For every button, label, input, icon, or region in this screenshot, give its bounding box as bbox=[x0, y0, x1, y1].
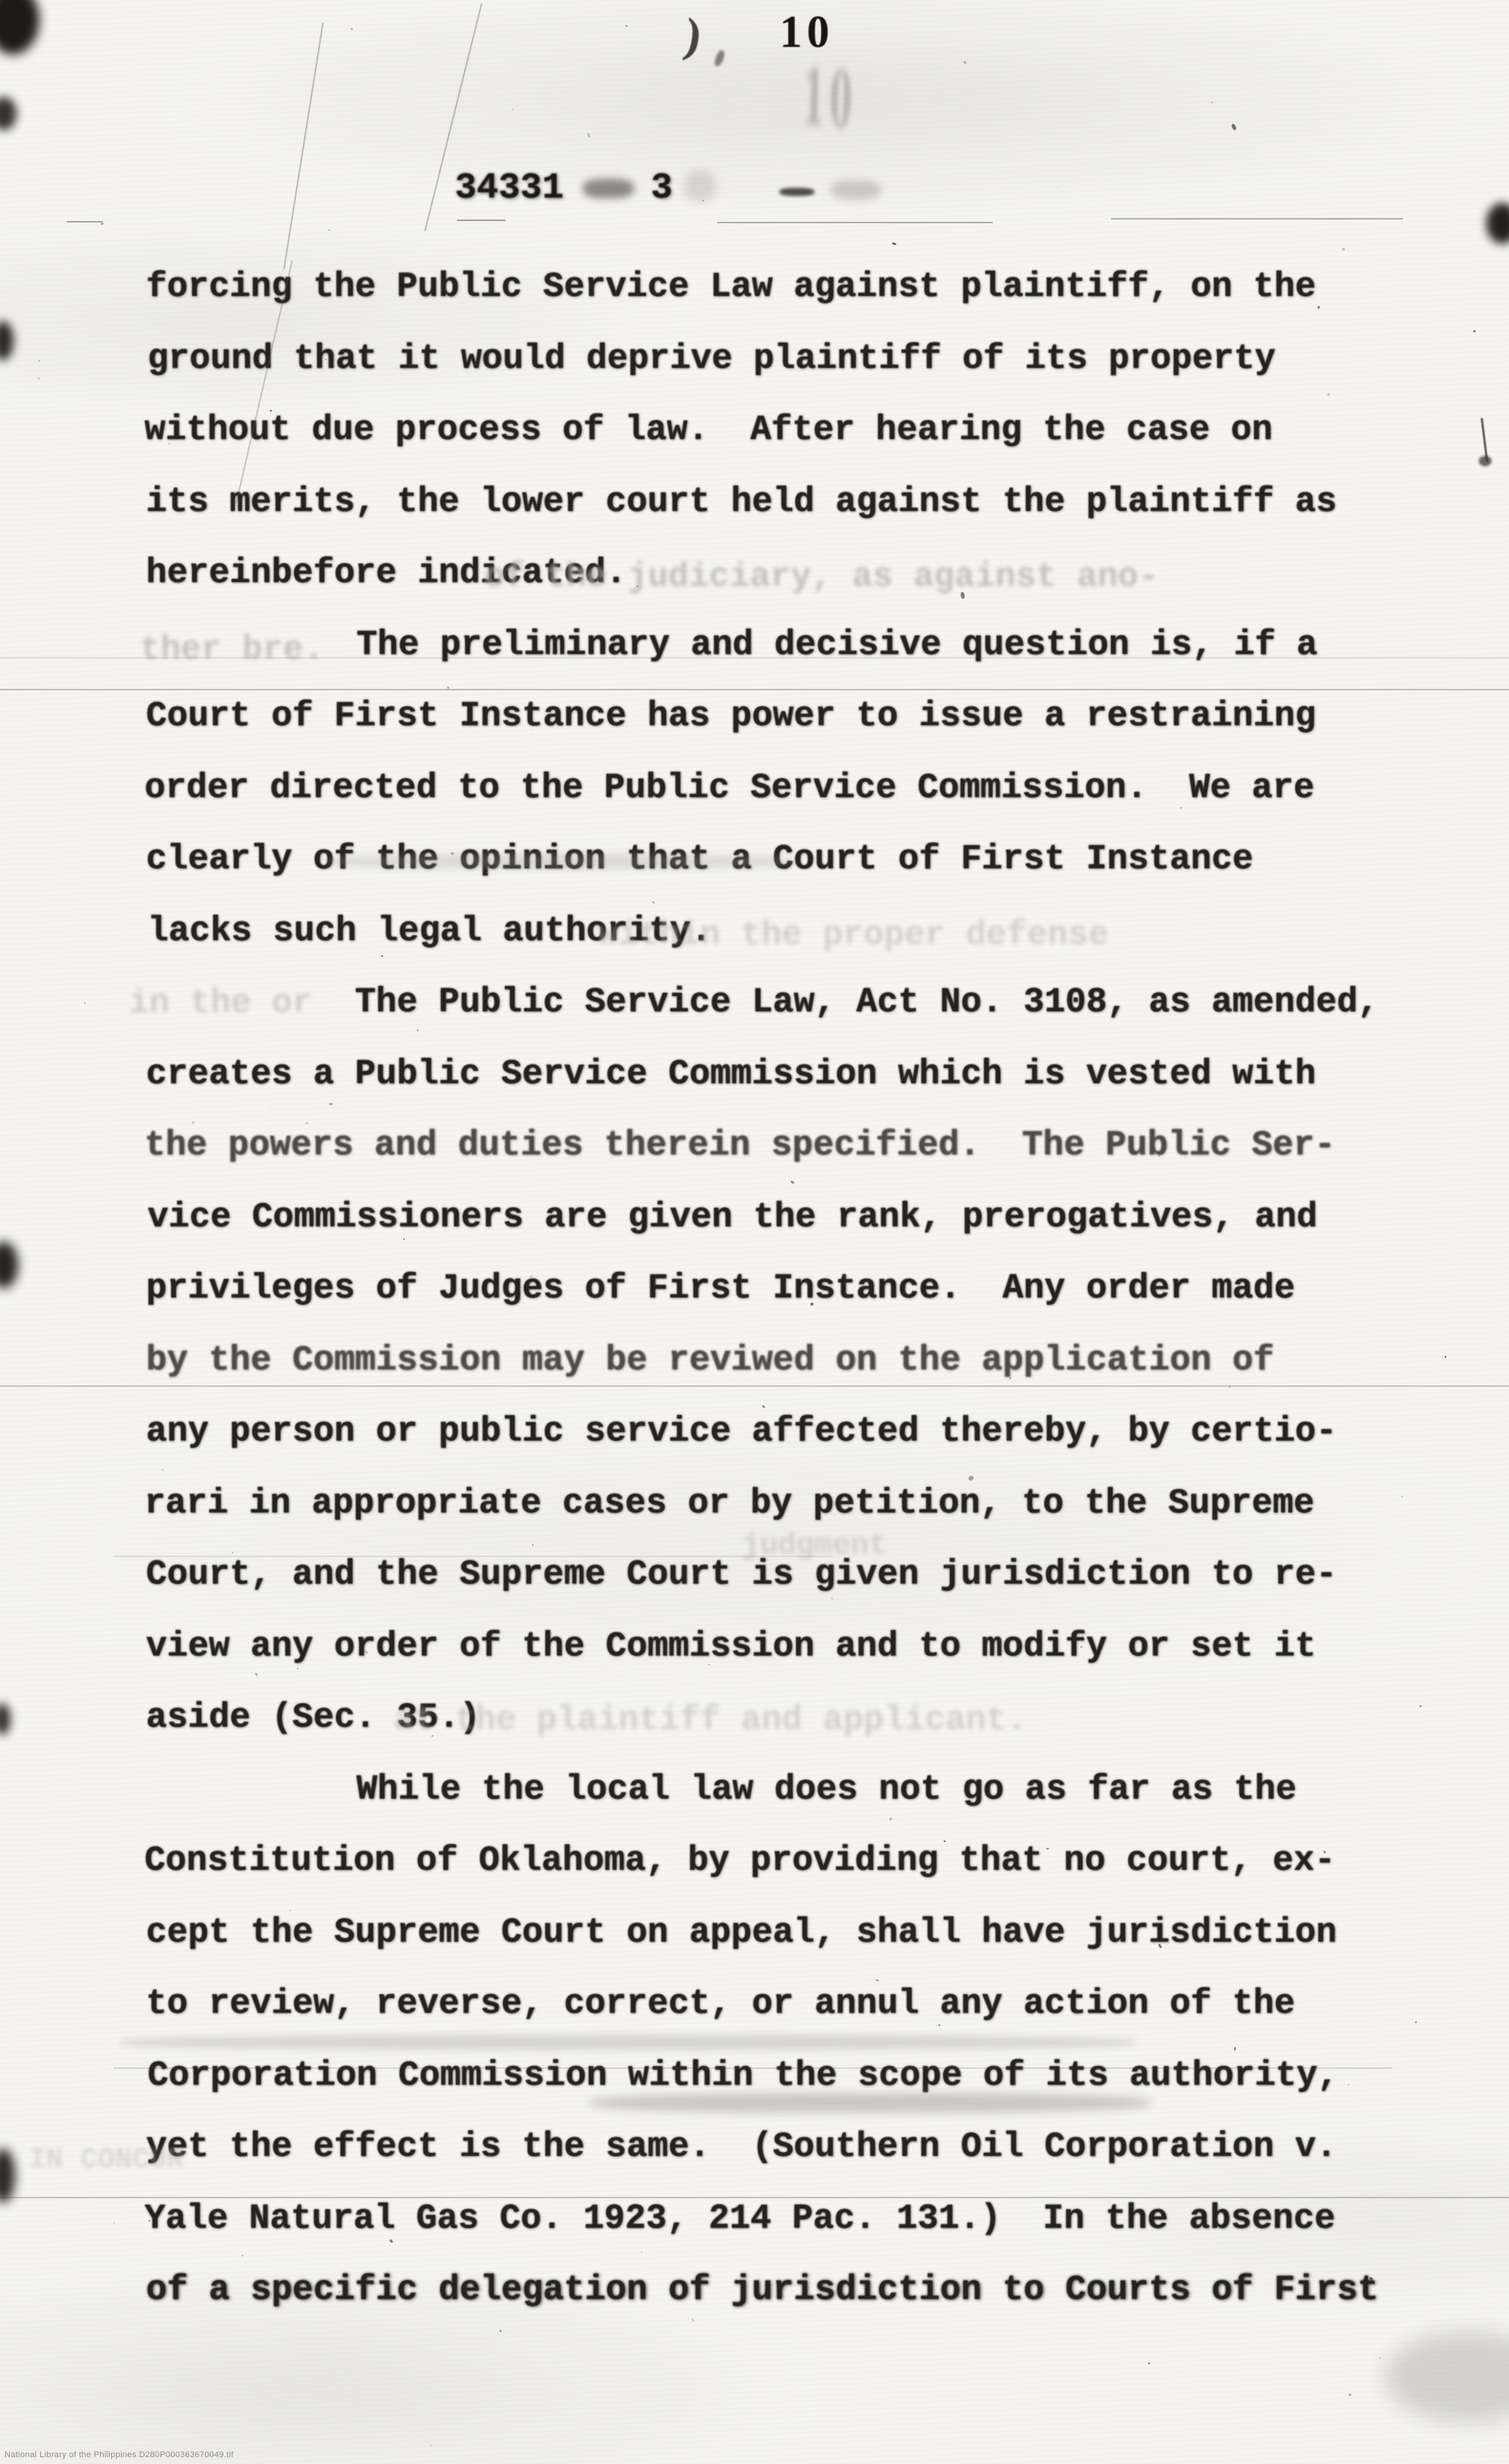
text-line: Court of First Instance has power to iss… bbox=[146, 681, 1478, 752]
speck bbox=[306, 1122, 309, 1124]
bleedthrough-smudge bbox=[121, 2035, 1135, 2050]
scan-line-artifact bbox=[0, 689, 1509, 690]
text-line: Constitution of Oklahoma, by providing t… bbox=[145, 1825, 1476, 1897]
bleedthrough-smudge bbox=[325, 854, 795, 869]
speck bbox=[1148, 2362, 1150, 2364]
bleedthrough-text: ther bre. bbox=[140, 631, 324, 669]
edge-stain bbox=[0, 0, 39, 55]
text-line: forcing the Public Service Law against p… bbox=[146, 251, 1478, 323]
speck bbox=[456, 1424, 459, 1427]
speck bbox=[891, 242, 897, 245]
bleedthrough-smudge bbox=[590, 2093, 1150, 2113]
handwritten-paren-mark: ) bbox=[680, 7, 705, 64]
text-line: Yale Natural Gas Co. 1923, 214 Pac. 131.… bbox=[145, 2183, 1476, 2255]
speck bbox=[1349, 2394, 1352, 2397]
bleedthrough-text: at the plaintiff and applicant. bbox=[394, 1701, 1027, 1740]
text-line: The Public Service Law, Act No. 3108, as… bbox=[146, 967, 1478, 1039]
bleedthrough-text: IN CONCUR bbox=[29, 2144, 184, 2176]
bleedthrough-text: judgment bbox=[742, 1529, 887, 1563]
text-line: rari in appropriate cases or by petition… bbox=[145, 1468, 1476, 1540]
scan-line-artifact bbox=[114, 1556, 832, 1557]
speck bbox=[328, 229, 330, 231]
smudged-ink bbox=[685, 171, 715, 201]
speck bbox=[113, 2223, 114, 2223]
text-line: view any order of the Commission and to … bbox=[146, 1611, 1478, 1683]
bleedthrough-text: of the judiciary, as against ano- bbox=[484, 558, 1159, 597]
speck bbox=[38, 378, 39, 379]
edge-stain bbox=[0, 97, 17, 130]
speck bbox=[1342, 248, 1346, 251]
smudged-dash bbox=[779, 188, 814, 196]
scan-line-artifact bbox=[717, 222, 993, 223]
text-line: The preliminary and decisive question is… bbox=[148, 609, 1479, 681]
text-line: ground that it would deprive plaintiff o… bbox=[148, 323, 1479, 395]
page-number-ghost: 10 bbox=[801, 45, 858, 150]
scanned-document-page: ) 10 10 34331 3 forcing the Public Servi… bbox=[0, 0, 1509, 2464]
speck bbox=[1211, 101, 1213, 104]
scan-line-artifact bbox=[457, 220, 506, 221]
scan-line-artifact bbox=[0, 657, 1509, 659]
scan-line-artifact bbox=[0, 1385, 1509, 1387]
speck bbox=[587, 133, 590, 138]
speck bbox=[1057, 187, 1058, 188]
edge-stain bbox=[1486, 203, 1509, 244]
scan-footer-label: National Library of the Philippines D280… bbox=[5, 2450, 234, 2459]
text-line: to review, reverse, correct, or annul an… bbox=[146, 1968, 1478, 2040]
edge-stain bbox=[0, 1703, 11, 1735]
text-line: order directed to the Public Service Com… bbox=[145, 752, 1476, 824]
document-page-label: 3 bbox=[651, 168, 673, 209]
edge-stain bbox=[0, 2148, 15, 2203]
edge-stain bbox=[1385, 2332, 1509, 2422]
text-line: without due process of law. After hearin… bbox=[145, 394, 1476, 466]
scan-line-artifact bbox=[1111, 218, 1403, 220]
speck bbox=[625, 25, 627, 27]
smudged-ink bbox=[831, 180, 881, 200]
speck bbox=[964, 61, 967, 64]
speck bbox=[84, 1002, 86, 1005]
document-number: 34331 bbox=[455, 168, 564, 209]
text-line: While the local law does not go as far a… bbox=[148, 1754, 1479, 1826]
edge-stain bbox=[0, 1241, 18, 1288]
text-line: cept the Supreme Court on appeal, shall … bbox=[146, 1897, 1478, 1969]
speck bbox=[499, 2330, 502, 2332]
handwritten-tick-dot bbox=[1479, 456, 1492, 466]
speck bbox=[101, 223, 104, 226]
speck bbox=[512, 109, 513, 110]
text-line: any person or public service affected th… bbox=[146, 1396, 1478, 1468]
speck bbox=[148, 2219, 151, 2222]
scan-line-artifact bbox=[114, 2067, 1392, 2069]
bleedthrough-text: within the proper defense bbox=[598, 916, 1109, 955]
speck bbox=[431, 2445, 432, 2447]
text-line: creates a Public Service Commission whic… bbox=[146, 1039, 1478, 1111]
speck bbox=[1234, 2047, 1236, 2051]
smudged-dash bbox=[583, 179, 634, 198]
scratch-artifact bbox=[283, 23, 324, 269]
text-line: the powers and duties therein specified.… bbox=[145, 1110, 1476, 1182]
speck bbox=[1379, 2357, 1380, 2359]
text-line: privileges of Judges of First Instance. … bbox=[146, 1253, 1478, 1325]
text-line: yet the effect is the same. (Southern Oi… bbox=[146, 2111, 1478, 2183]
text-line: of a specific delegation of jurisdiction… bbox=[146, 2254, 1478, 2326]
handwritten-comma-mark bbox=[714, 49, 726, 67]
scan-line-artifact bbox=[67, 221, 103, 223]
speck bbox=[351, 28, 353, 30]
page-number: 10 bbox=[779, 6, 834, 58]
edge-stain bbox=[0, 321, 14, 360]
speck bbox=[1231, 123, 1237, 130]
scan-line-artifact bbox=[0, 2197, 1509, 2198]
bleedthrough-text: in the or bbox=[129, 984, 313, 1023]
text-line: vice Commissioners are given the rank, p… bbox=[148, 1182, 1479, 1254]
text-line: its merits, the lower court held against… bbox=[146, 466, 1478, 538]
speck bbox=[191, 1121, 194, 1124]
speck bbox=[39, 360, 40, 362]
